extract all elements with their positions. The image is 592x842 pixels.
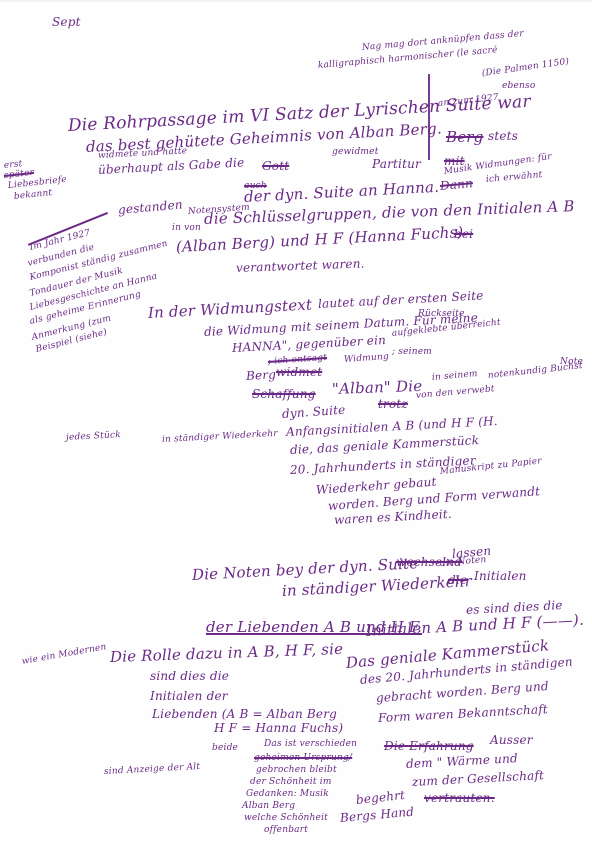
para1-line3-end: Partitur	[372, 158, 421, 170]
para3-line2-end: Initialen	[474, 570, 527, 582]
insertion-line-4: ebenso	[502, 82, 535, 91]
para4-line8: gebrochen bleibt	[256, 766, 337, 775]
para3-line9: Form waren Bekanntschaft	[378, 703, 548, 724]
page-top-edge	[0, 0, 592, 3]
para2-line6-right2: notenkundig Buchst	[488, 362, 584, 381]
para1-line3-insert: gewidmet	[332, 148, 379, 157]
margin-note5: sind Anzeige der Alt	[104, 763, 201, 777]
para1-line5-prefix: in von	[172, 224, 201, 233]
para2-line5-struck: widmet	[276, 366, 322, 378]
para3-line2-above: die Noten	[440, 556, 487, 569]
para4-line5: H F = Hanna Fuchs)	[214, 722, 343, 734]
para3-line11: dem " Wärme und	[406, 752, 518, 770]
para1-line3-struck: Gott	[262, 160, 289, 172]
para4-line4: Liebenden (A B = Alban Berg	[152, 708, 337, 720]
para3-line10-struck: Die Erfahrung	[384, 740, 474, 752]
page-mark: Sept	[52, 16, 81, 28]
para2-line3-above: Rückseite	[418, 310, 465, 319]
para3-line10: Ausser	[490, 734, 533, 746]
margin-note4: wie ein Modernen	[21, 643, 107, 667]
para3-line12: zum der Gesellschaft	[412, 769, 545, 788]
para1-line5-left: gestanden	[117, 198, 183, 216]
para3-line13: begehrt	[355, 789, 405, 806]
para1-line4-end: ich erwähnt	[486, 171, 543, 185]
para1-line2-struck: Berg	[446, 130, 483, 145]
para2-line4-insert: Widmung	[344, 353, 390, 365]
para1-line7: verantwortet waren.	[236, 258, 365, 274]
para3-line7: gebracht worden. Berg und	[376, 680, 550, 704]
para2-line6-struck: Schaffung	[252, 388, 316, 400]
para2-line6-above: in seinem	[432, 370, 478, 383]
para2-line7-struck: trotz	[378, 398, 408, 410]
para2-line5: Berg	[246, 368, 277, 382]
manuscript-page: Sept Nag mag dort anknüpfen dass der kal…	[0, 0, 592, 842]
para1-line4-struck: Dann	[439, 177, 473, 192]
para1-line6-struck: bei	[454, 228, 473, 240]
para2-line4-end: ; seinem	[392, 348, 432, 357]
para4-line1: Die Rolle dazu in A B, H F, sie	[110, 642, 344, 665]
margin-note3: jedes Stück	[66, 431, 121, 443]
para4-line11: Alban Berg	[242, 802, 295, 811]
para1-line2-end: stets	[488, 130, 518, 142]
para2-line6: "Alban" Die	[332, 379, 423, 397]
para2-line9-prefix: in ständiger Wiederkehr	[162, 430, 278, 445]
para4-line7: geheimen Ursprung/	[254, 754, 352, 763]
para2-line3: HANNA", gegenüber ein	[232, 334, 387, 354]
para2-line1: lautet auf der ersten Seite	[318, 289, 484, 310]
insertion-line-3: (Die Palmen 1150)	[481, 58, 569, 79]
insertion-line-2: kalligraphisch harmonischer (le sacré	[318, 46, 498, 71]
margin-note1-line4: bekannt	[14, 189, 53, 202]
para2-line7-end: von den verwebt	[416, 385, 496, 401]
para3-line13-struck: vertrauten.	[424, 792, 495, 804]
para4-line2: sind dies die	[150, 670, 229, 682]
para4-line6-end: Das ist verschieden	[264, 740, 357, 749]
para4-line9: der Schönheit im	[250, 778, 332, 787]
para2-line9: die, das geniale Kammerstück	[290, 434, 480, 456]
para4-line13: offenbart	[264, 826, 308, 835]
para2-line1-prefix: In der Widmungstext	[148, 297, 313, 321]
para1-line6: (Alban Berg) und H F (Hanna Fuchs)	[176, 225, 464, 255]
para1-line4: der dyn. Suite an Hanna.	[244, 180, 440, 205]
para4-line12: welche Schönheit	[244, 814, 328, 823]
para3-line2-struck: die	[448, 574, 467, 586]
para3-line14: Bergs Hand	[339, 806, 414, 824]
para4-line10: Gedanken: Musik	[246, 790, 329, 799]
para3-line4: Initialen A B und H F (——).	[366, 613, 585, 639]
para4-line6: beide	[212, 744, 238, 753]
para2-line7: dyn. Suite	[282, 404, 346, 420]
para4-line3: Initialen der	[150, 690, 228, 702]
